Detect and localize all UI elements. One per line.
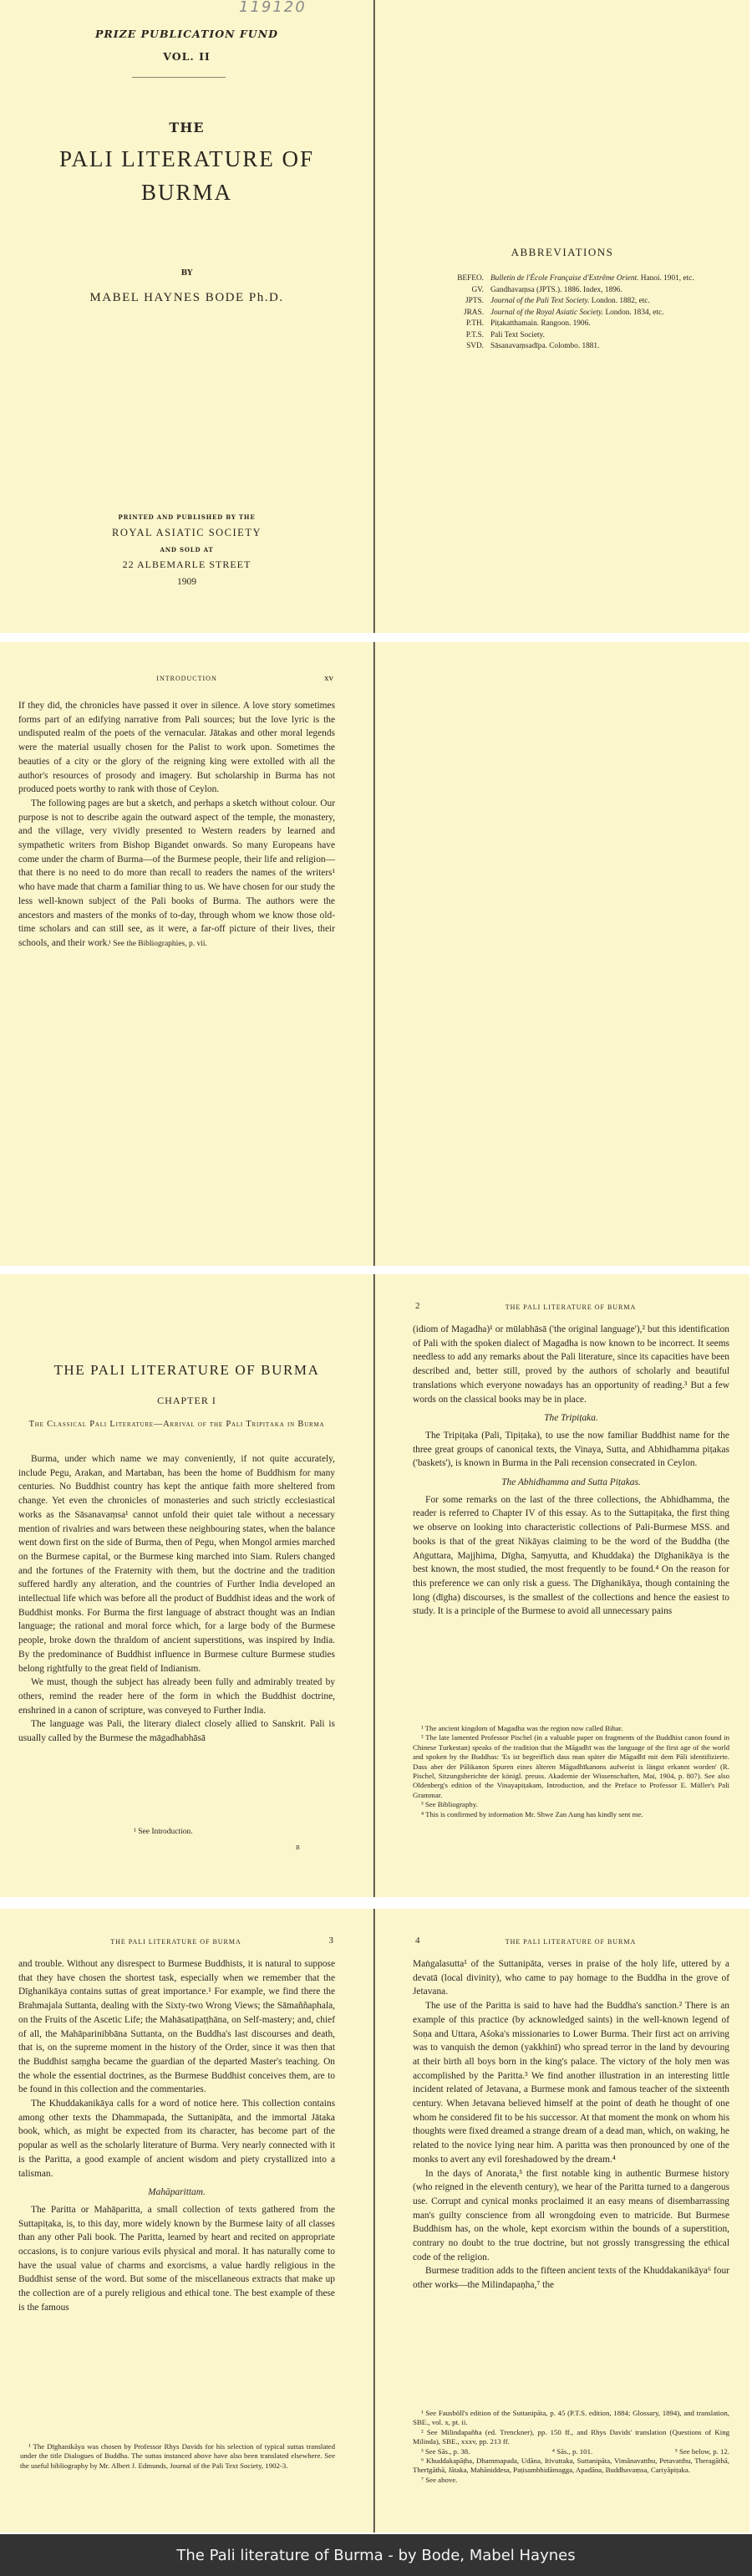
paragraph: If they did, the chronicles have passed … <box>18 699 335 797</box>
footnotes: ¹ The ancient kingdom of Magadha was the… <box>413 1724 729 1819</box>
signature-mark: B <box>296 1844 300 1851</box>
abbreviations-page: ABBREVIATIONS BEFEO.Bulletin de l'École … <box>374 0 749 633</box>
spread-chapter-1: THE PALI LITERATURE OF BURMA CHAPTER I T… <box>0 1274 752 1897</box>
page-3-body: and trouble. Without any disrespect to B… <box>18 1957 335 2315</box>
title-article: THE <box>0 120 373 135</box>
footnote: ¹ See Introduction. <box>134 1828 267 1837</box>
footnote: ⁵ See below, p. 12. <box>675 2447 729 2456</box>
running-head: THE PALI LITERATURE OF BURMA <box>413 1938 729 1946</box>
blank-page <box>374 642 749 1266</box>
footnotes: ¹ See Fausböll's edition of the Suttanip… <box>413 2409 729 2485</box>
paragraph: The Khuddakanikāya calls for a word of n… <box>18 2097 335 2181</box>
abbreviation-entry: SVD.Sāsanavaṃsadīpa. Colombo. 1881. <box>440 341 741 353</box>
publication-year: 1909 <box>0 577 373 587</box>
section-heading: Mahāparittam. <box>18 2186 335 2200</box>
paragraph: For some remarks on the last of the thre… <box>413 1493 729 1619</box>
abbreviation-entry: P.TH.Piṭakatthamain. Rangoon. 1906. <box>440 319 741 330</box>
paragraph: (idiom of Magadha)¹ or mūlabhāsā ('the o… <box>413 1323 729 1406</box>
footnote-row: ³ See Sās., p. 38. ⁴ Sās., p. 101. ⁵ See… <box>413 2447 729 2456</box>
footnote: ⁴ This is confirmed by information Mr. S… <box>413 1810 729 1819</box>
section-heading: The Abhidhamma and Sutta Piṭakas. <box>413 1476 729 1490</box>
page-number: xv <box>324 673 333 683</box>
printed-by-label: PRINTED AND PUBLISHED BY THE <box>0 513 373 521</box>
chapter-body: Burma, under which name we may convenien… <box>18 1452 335 1746</box>
spread-introduction: INTRODUCTION xv If they did, the chronic… <box>0 642 752 1266</box>
handwritten-accession-number: 119120 <box>239 0 307 16</box>
caption-text: The Pali literature of Burma - by Bode, … <box>176 2547 575 2564</box>
page-4-body: Maṅgalasutta¹ of the Suttanipāta, verses… <box>413 1957 729 2293</box>
introduction-page: INTRODUCTION xv If they did, the chronic… <box>0 642 375 1266</box>
by-label: BY <box>0 269 373 278</box>
paragraph: and trouble. Without any disrespect to B… <box>18 1957 335 2097</box>
page-number: 3 <box>329 1936 334 1946</box>
paragraph: Burma, under which name we may convenien… <box>18 1452 335 1676</box>
sold-at-label: AND SOLD AT <box>0 546 373 553</box>
paragraph: The Paritta or Mahāparitta, a small coll… <box>18 2203 335 2315</box>
abbreviations-list: BEFEO.Bulletin de l'École Française d'Ex… <box>440 273 741 353</box>
page-2-body: (idiom of Magadha)¹ or mūlabhāsā ('the o… <box>413 1323 729 1619</box>
page-3: THE PALI LITERATURE OF BURMA 3 and troub… <box>0 1909 375 2533</box>
paragraph: We must, though the subject has already … <box>18 1676 335 1717</box>
introduction-body: If they did, the chronicles have passed … <box>18 699 335 951</box>
footnote: ⁴ Sās., p. 101. <box>552 2447 592 2456</box>
abbreviation-entry: JPTS.Journal of the Pali Text Society. L… <box>440 296 741 308</box>
footnote: ¹ The ancient kingdom of Magadha was the… <box>413 1724 729 1733</box>
running-head: THE PALI LITERATURE OF BURMA <box>18 1938 333 1946</box>
footnote: ² The late lamented Professor Pischel (i… <box>413 1733 729 1800</box>
footnote: ³ See Bibliography. <box>413 1800 729 1809</box>
spread-title: 119120 PRIZE PUBLICATION FUND VOL. II TH… <box>0 0 752 633</box>
publisher-name: ROYAL ASIATIC SOCIETY <box>0 527 373 539</box>
chapter-number: CHAPTER I <box>0 1395 373 1407</box>
paragraph: Maṅgalasutta¹ of the Suttanipāta, verses… <box>413 1957 729 1999</box>
footnote: ¹ See the Bibliographies, p. vii. <box>109 940 276 949</box>
footnote: ⁶ Khuddakapāṭha, Dhammapada, Udāna, Itiv… <box>413 2456 729 2476</box>
book-title: PALI LITERATURE OF BURMA <box>0 142 373 209</box>
footnote: ¹ The Dīghanikāya was chosen by Professo… <box>20 2442 335 2471</box>
divider-rule <box>132 77 226 78</box>
abbreviations-title: ABBREVIATIONS <box>375 246 749 259</box>
abbreviation-entry: GV.Gandhavaṃsa (JPTS.). 1886. Index, 189… <box>440 285 741 297</box>
footnote: ⁷ See above. <box>413 2476 729 2485</box>
volume-label: VOL. II <box>0 50 373 63</box>
title-page: 119120 PRIZE PUBLICATION FUND VOL. II TH… <box>0 0 375 633</box>
book-title-line-1: PALI LITERATURE OF <box>0 142 373 176</box>
paragraph: The Tripiṭaka (Pali, Tipiṭaka), to use t… <box>413 1429 729 1471</box>
page-4: 4 THE PALI LITERATURE OF BURMA Maṅgalasu… <box>374 1909 749 2533</box>
series-name: PRIZE PUBLICATION FUND <box>0 28 373 40</box>
book-title-heading: THE PALI LITERATURE OF BURMA <box>0 1362 373 1379</box>
paragraph: The use of the Paritta is said to have h… <box>413 1999 729 2166</box>
abbreviation-entry: P.T.S.Pali Text Society. <box>440 330 741 342</box>
author-name: MABEL HAYNES BODE Ph.D. <box>0 291 373 305</box>
spread-pages-3-4: THE PALI LITERATURE OF BURMA 3 and troub… <box>0 1909 752 2533</box>
paragraph: The language was Pali, the literary dial… <box>18 1717 335 1745</box>
footnote: ³ See Sās., p. 38. <box>421 2447 470 2456</box>
page-2: 2 THE PALI LITERATURE OF BURMA (idiom of… <box>374 1274 749 1897</box>
abbreviation-entry: BEFEO.Bulletin de l'École Française d'Ex… <box>440 273 741 285</box>
book-title-line-2: BURMA <box>0 176 373 209</box>
chapter-subtitle: The Classical Pali Literature—Arrival of… <box>18 1418 335 1431</box>
paragraph: The following pages are but a sketch, an… <box>18 797 335 951</box>
caption-bar: The Pali literature of Burma - by Bode, … <box>0 2534 752 2576</box>
running-head: THE PALI LITERATURE OF BURMA <box>413 1303 729 1311</box>
running-head: INTRODUCTION <box>18 675 355 682</box>
paragraph: In the days of Anorata,⁵ the first notab… <box>413 2167 729 2265</box>
publisher-address: 22 ALBEMARLE STREET <box>0 559 373 571</box>
section-heading: The Tripiṭaka. <box>413 1411 729 1426</box>
abbreviation-entry: JRAS.Journal of the Royal Asiatic Societ… <box>440 308 741 319</box>
footnote: ¹ See Fausböll's edition of the Suttanip… <box>413 2409 729 2428</box>
footnote: ² See Milindapañha (ed. Trenckner), pp. … <box>413 2428 729 2447</box>
chapter-opening-page: THE PALI LITERATURE OF BURMA CHAPTER I T… <box>0 1274 375 1897</box>
paragraph: Burmese tradition adds to the fifteen an… <box>413 2264 729 2292</box>
